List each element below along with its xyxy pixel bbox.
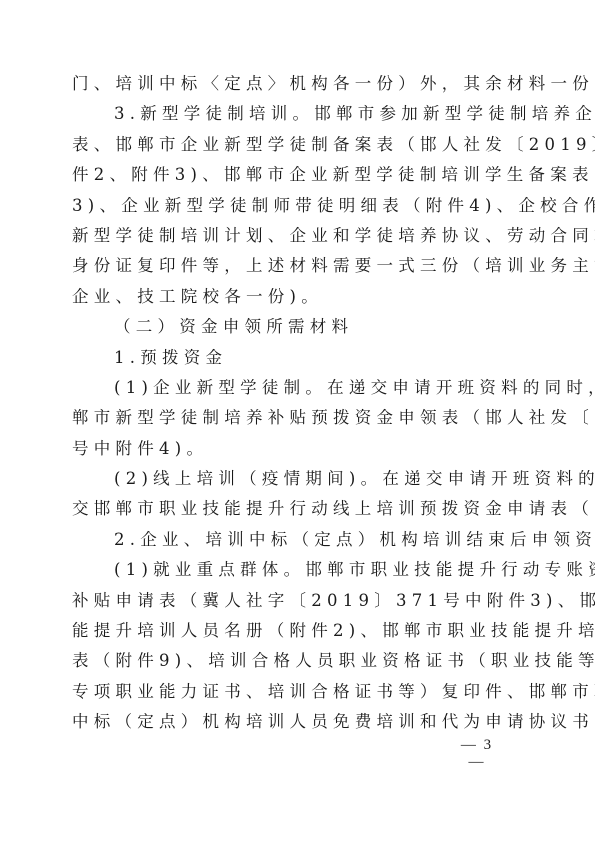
page-number: — 3 — — [450, 737, 504, 771]
text-line: 中 标 （ 定 点 ） 机 构 培 训 人 员 免 费 培 训 和 代 为 申 … — [72, 707, 514, 737]
text-line: 门 、 培 训 中 标 〈 定 点 〉 机 构 各 一 份 ） 外 ， 其 余 … — [72, 69, 514, 99]
text-line: 身 份 证 复 印 件 等 ， 上 述 材 料 需 要 一 式 三 份 （ 培 … — [72, 251, 514, 281]
document-body: 门 、 培 训 中 标 〈 定 点 〉 机 构 各 一 份 ） 外 ， 其 余 … — [72, 69, 514, 738]
section-heading: （ 二 ） 资 金 申 领 所 需 材 料 — [72, 312, 514, 342]
text-line: ( 2 ) 线 上 培 训 （ 疫 情 期 间 ) 。 在 递 交 申 请 开 … — [72, 464, 514, 494]
text-line: 件 2 、 附 件 3 ) 、 邯 郸 市 企 业 新 型 学 徒 制 培 训 … — [72, 160, 514, 190]
text-line: 补 贴 申 请 表 （ 冀 人 社 字 〔 2 0 1 9 〕 3 7 1 号 … — [72, 586, 514, 616]
text-line: 表 （ 附 件 9 ) 、 培 训 合 格 人 员 职 业 资 格 证 书 （ … — [72, 646, 514, 676]
text-line: 专 项 职 业 能 力 证 书 、 培 训 合 格 证 书 等 ） 复 印 件 … — [72, 677, 514, 707]
text-line: 3 . 新 型 学 徒 制 培 训 。 邯 郸 市 参 加 新 型 学 徒 制 … — [72, 99, 514, 129]
text-line: 号 中 附 件 4 ) 。 — [72, 434, 514, 464]
text-line: 交 邯 郸 市 职 业 技 能 提 升 行 动 线 上 培 训 预 拨 资 金 … — [72, 494, 514, 524]
text-line: ( 1 ) 就 业 重 点 群 体 。 邯 郸 市 职 业 技 能 提 升 行 … — [72, 555, 514, 585]
subsection-heading: 1 . 预 拨 资 金 — [72, 343, 514, 373]
subsection-heading: 2 . 企 业 、 培 训 中 标 （ 定 点 ） 机 构 培 训 结 束 后 … — [72, 525, 514, 555]
text-line: 表 、 邯 郸 市 企 业 新 型 学 徒 制 备 案 表 （ 邯 人 社 发 … — [72, 130, 514, 160]
text-line: 3 ) 、 企 业 新 型 学 徒 制 师 带 徒 明 细 表 （ 附 件 4 … — [72, 191, 514, 221]
text-line: 郸 市 新 型 学 徒 制 培 养 补 贴 预 拨 资 金 申 领 表 （ 邯 … — [72, 403, 514, 433]
text-line: 能 提 升 培 训 人 员 名 册 （ 附 件 2 ) 、 邯 郸 市 职 业 … — [72, 616, 514, 646]
text-line: 新 型 学 徒 制 培 训 计 划 、 企 业 和 学 徒 培 养 协 议 、 … — [72, 221, 514, 251]
document-page: 门 、 培 训 中 标 〈 定 点 〉 机 构 各 一 份 ） 外 ， 其 余 … — [0, 0, 595, 842]
text-line: 企 业 、 技 工 院 校 各 一 份 ) 。 — [72, 282, 514, 312]
text-line: ( 1 ) 企 业 新 型 学 徒 制 。 在 递 交 申 请 开 班 资 料 … — [72, 373, 514, 403]
